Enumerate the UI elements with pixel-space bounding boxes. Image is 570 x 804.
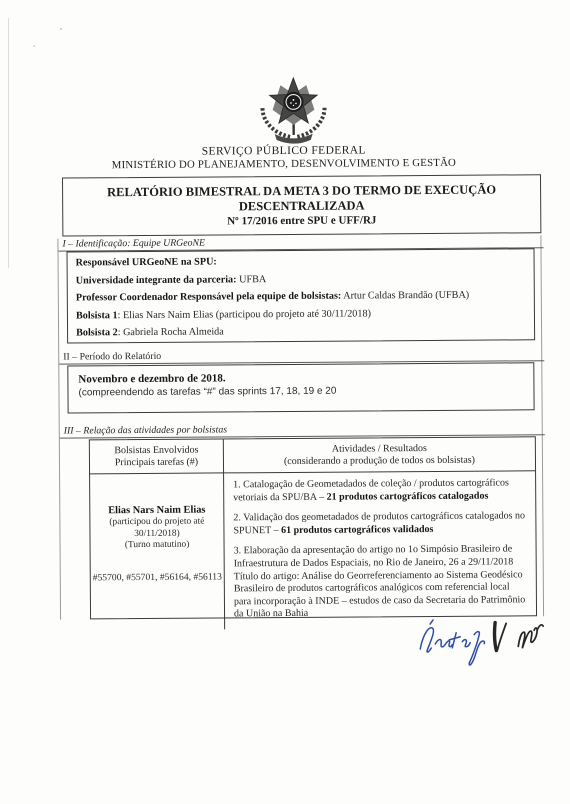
field-label: Responsável URGeoNE na SPU:	[76, 256, 217, 268]
col-header-line: (considerando a produção de todos os bol…	[224, 454, 535, 468]
activity-text2: Título do artigo: Análise do Georreferen…	[234, 569, 528, 621]
field-bolsista2: Bolsista 2: Gabriela Rocha Almeida	[76, 321, 534, 342]
bolsista-note2: (Turno matutino)	[125, 540, 190, 552]
activity-result-bold: 21 produtos cartográficos catalogados	[327, 490, 489, 502]
activity-item-2: 2. Validação dos geometadados de produto…	[233, 511, 527, 538]
bolsista-cell: Elias Nars Naim Elias (participou do pro…	[90, 473, 225, 630]
scanned-report-page: SERVIÇO PÚBLICO FEDERAL MINISTÉRIO DO PL…	[0, 0, 570, 804]
period-months: Novembro e dezembro de 2018.	[78, 370, 533, 385]
brazil-coat-of-arms-icon	[250, 74, 336, 145]
col-header-line: Bolsistas Envolvidos	[90, 444, 223, 457]
field-value: Artur Caldas Brandão (UFBA)	[341, 290, 469, 302]
field-label: Bolsista 2	[76, 327, 118, 338]
field-value: : Elias Nars Naim Elias (participou do p…	[118, 308, 371, 321]
activity-item-1: 1. Catalogação de Geometadados de coleçã…	[233, 477, 527, 504]
bolsista-note1: (participou do projeto até 30/11/2018)	[90, 516, 223, 540]
field-label: Bolsista 1	[76, 310, 118, 321]
field-value: : Gabriela Rocha Almeida	[118, 326, 224, 338]
col-header-bolsistas: Bolsistas Envolvidos Principais tarefas …	[90, 439, 224, 474]
col-header-atividades: Atividades / Resultados (considerando a …	[224, 437, 535, 473]
report-title-box: RELATÓRIO BIMESTRAL DA META 3 DO TERMO D…	[62, 174, 541, 236]
org-name-line2: MINISTÉRIO DO PLANEJAMENTO, DESENVOLVIME…	[0, 156, 569, 172]
report-title-line3: Nº 17/2016 entre SPU e UFF/RJ	[63, 212, 540, 229]
activities-table: Bolsistas Envolvidos Principais tarefas …	[89, 436, 537, 619]
field-value: UFBA	[236, 274, 266, 285]
bolsista-task-ids: #55700, #55701, #56164, #56113	[93, 571, 222, 583]
activity-result-bold: 61 produtos cartográficos validados	[281, 524, 433, 536]
activities-cell: 1. Catalogação de Geometadados de coleçã…	[224, 471, 536, 629]
bolsista-name: Elias Nars Naim Elias	[108, 504, 205, 518]
period-sprints-note: (compreendendo as tarefas “#” das sprint…	[78, 384, 533, 398]
field-label: Professor Coordenador Responsável pela e…	[76, 291, 342, 304]
identification-table: Responsável URGeoNE na SPU: Universidade…	[67, 248, 536, 343]
activity-item-3: 3. Elaboração da apresentação do artigo …	[234, 544, 529, 622]
activity-text: 3. Elaboração da apresentação do artigo …	[234, 544, 514, 570]
field-label: Universidade integrante da parceria:	[76, 274, 237, 286]
report-period-box: Novembro e dezembro de 2018. (compreende…	[67, 362, 534, 413]
handwritten-signature-icon	[414, 614, 564, 677]
col-header-line: Principais tarefas (#)	[90, 456, 223, 469]
field-professor-coordenador: Professor Coordenador Responsável pela e…	[76, 286, 534, 307]
